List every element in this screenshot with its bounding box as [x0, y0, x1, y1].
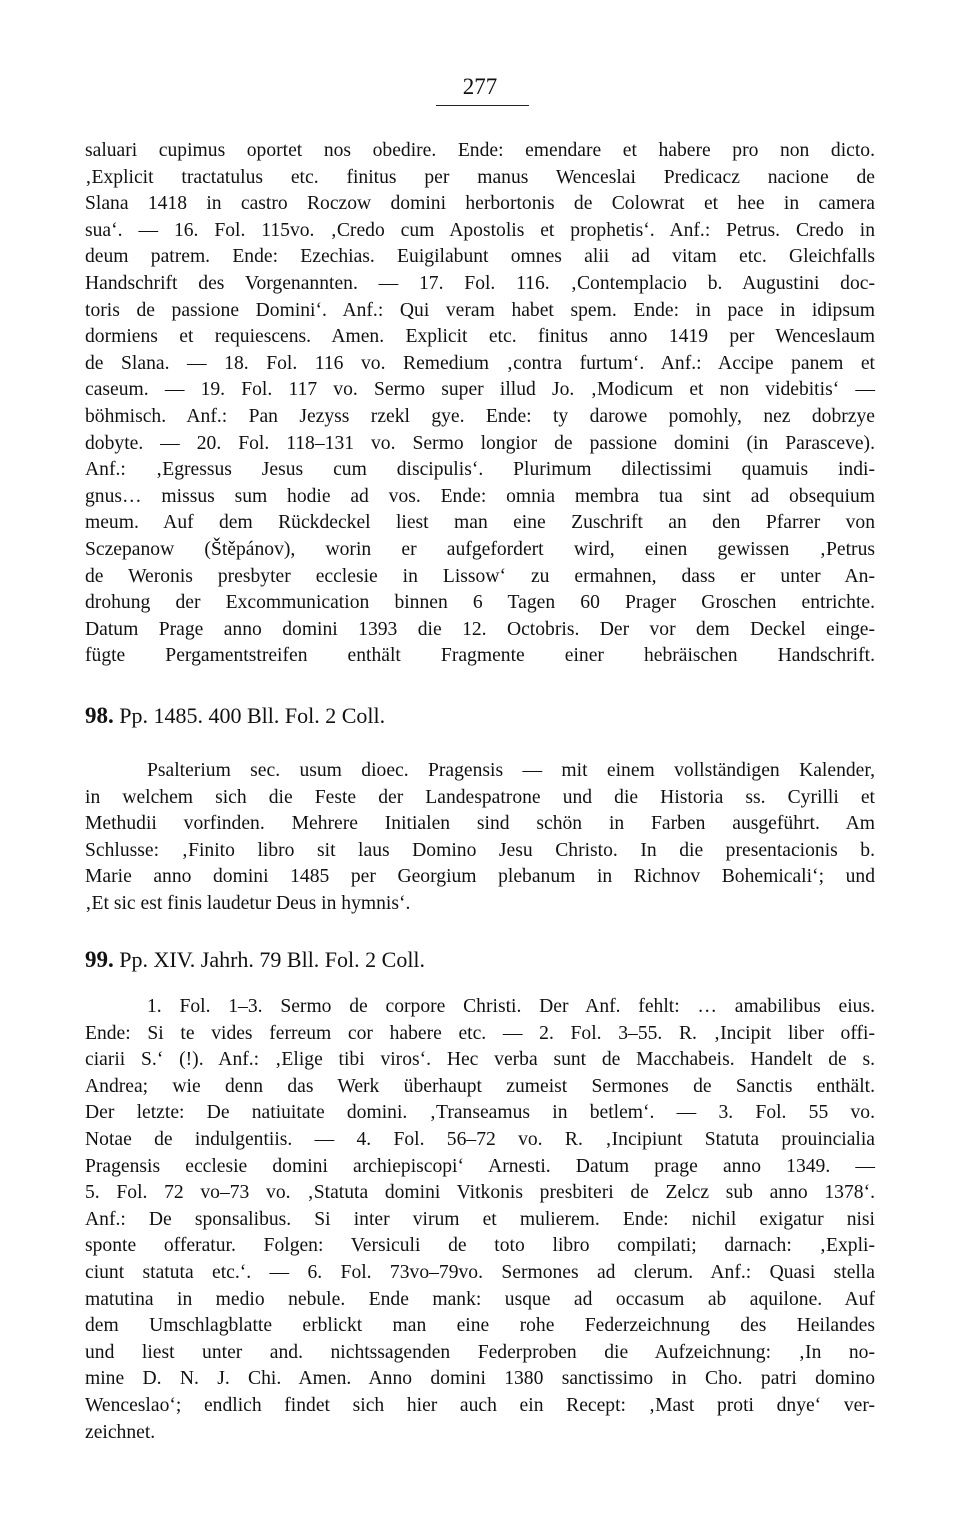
- text-line: deum patrem. Ende: Ezechias. Euigilabunt…: [85, 244, 875, 271]
- text-line: meum. Auf dem Rückdeckel liest man eine …: [85, 510, 875, 537]
- text-line: und liest unter and. nichtssagenden Fede…: [85, 1340, 875, 1367]
- text-line: Sczepanow (Štěpánov), worin er aufgeford…: [85, 537, 875, 564]
- text-line: dormiens et requiescens. Amen. Explicit …: [85, 324, 875, 351]
- text-line: böhmisch. Anf.: Pan Jezyss rzekl gye. En…: [85, 404, 875, 431]
- text-line: Schlusse: ‚Finito libro sit laus Domino …: [85, 838, 875, 865]
- text-line: saluari cupimus oportet nos obedire. End…: [85, 138, 875, 165]
- text-line: sponte offeratur. Folgen: Versiculi de t…: [85, 1233, 875, 1260]
- text-line: gnus… missus sum hodie ad vos. Ende: omn…: [85, 484, 875, 511]
- text-line: Der letzte: De natiuitate domini. ‚Trans…: [85, 1100, 875, 1127]
- text-line: de Slana. — 18. Fol. 116 vo. Remedium ‚c…: [85, 351, 875, 378]
- text-line: Anf.: ‚Egressus Jesus cum discipulis‘. P…: [85, 457, 875, 484]
- document-page: 277 saluari cupimus oportet nos obedire.…: [0, 0, 960, 1535]
- text-line: ‚Et sic est finis laudetur Deus in hymni…: [85, 891, 875, 918]
- text-line: Pragensis ecclesie domini archiepiscopi‘…: [85, 1154, 875, 1181]
- text-line: mine D. N. J. Chi. Amen. Anno domini 138…: [85, 1366, 875, 1393]
- text-line: Slana 1418 in castro Roczow domini herbo…: [85, 191, 875, 218]
- text-line: in welchem sich die Feste der Landespatr…: [85, 785, 875, 812]
- text-line: Notae de indulgentiis. — 4. Fol. 56–72 v…: [85, 1127, 875, 1154]
- text-line: matutina in medio nebule. Ende mank: usq…: [85, 1287, 875, 1314]
- page-number: 277: [430, 74, 530, 100]
- entry-99-body: 1. Fol. 1–3. Sermo de corpore Christi. D…: [85, 994, 875, 1446]
- text-line: Wenceslao‘; endlich findet sich hier auc…: [85, 1393, 875, 1420]
- text-line: Datum Prage anno domini 1393 die 12. Oct…: [85, 617, 875, 644]
- entry-heading-text: Pp. 1485. 400 Bll. Fol. 2 Coll.: [119, 703, 385, 728]
- text-line: Psalterium sec. usum dioec. Pragensis — …: [85, 758, 875, 785]
- text-line: Anf.: De sponsalibus. Si inter virum et …: [85, 1207, 875, 1234]
- text-line: caseum. — 19. Fol. 117 vo. Sermo super i…: [85, 377, 875, 404]
- text-line: Handschrift des Vorgenannten. — 17. Fol.…: [85, 271, 875, 298]
- text-line: Andrea; wie denn das Werk überhaupt zume…: [85, 1074, 875, 1101]
- text-line: Ende: Si te vides ferreum cor habere etc…: [85, 1021, 875, 1048]
- text-line: ‚Explicit tractatulus etc. finitus per m…: [85, 165, 875, 192]
- text-line: toris de passione Domini‘. Anf.: Qui ver…: [85, 298, 875, 325]
- text-line: Marie anno domini 1485 per Georgium pleb…: [85, 864, 875, 891]
- entry-97-continuation: saluari cupimus oportet nos obedire. End…: [85, 138, 875, 670]
- text-line: sua‘. — 16. Fol. 115vo. ‚Credo cum Apost…: [85, 218, 875, 245]
- text-line: de Weronis presbyter ecclesie in Lissow‘…: [85, 564, 875, 591]
- text-line: 5. Fol. 72 vo–73 vo. ‚Statuta domini Vit…: [85, 1180, 875, 1207]
- entry-99-heading: 99. Pp. XIV. Jahrh. 79 Bll. Fol. 2 Coll.: [85, 947, 425, 973]
- entry-number: 99.: [85, 947, 114, 972]
- text-line: dem Umschlagblatte erblickt man eine roh…: [85, 1313, 875, 1340]
- entry-number: 98.: [85, 703, 114, 728]
- text-line: fügte Pergamentstreifen enthält Fragment…: [85, 643, 875, 670]
- text-line: dobyte. — 20. Fol. 118–131 vo. Sermo lon…: [85, 431, 875, 458]
- entry-98-heading: 98. Pp. 1485. 400 Bll. Fol. 2 Coll.: [85, 703, 385, 729]
- page-number-rule: [436, 105, 529, 106]
- entry-heading-text: Pp. XIV. Jahrh. 79 Bll. Fol. 2 Coll.: [119, 947, 425, 972]
- text-line: ciarii S.‘ (!). Anf.: ‚Elige tibi viros‘…: [85, 1047, 875, 1074]
- text-line: 1. Fol. 1–3. Sermo de corpore Christi. D…: [85, 994, 875, 1021]
- entry-98-body: Psalterium sec. usum dioec. Pragensis — …: [85, 758, 875, 918]
- text-line: Methudii vorfinden. Mehrere Initialen si…: [85, 811, 875, 838]
- text-line: drohung der Excommunication binnen 6 Tag…: [85, 590, 875, 617]
- text-line: ciunt statuta etc.‘. — 6. Fol. 73vo–79vo…: [85, 1260, 875, 1287]
- text-line: zeichnet.: [85, 1420, 875, 1447]
